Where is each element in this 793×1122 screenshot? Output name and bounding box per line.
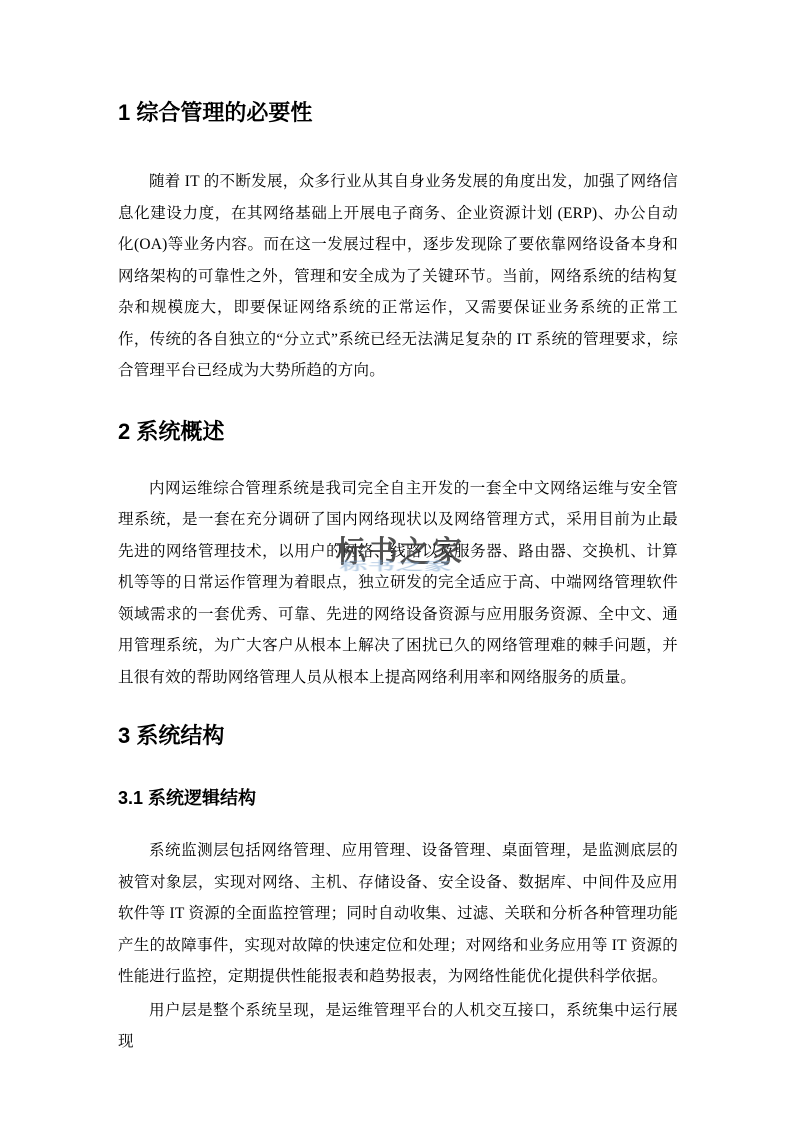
section-1-heading: 1 综合管理的必要性	[118, 96, 678, 130]
section-1-paragraph: 随着 IT 的不断发展，众多行业从其自身业务发展的角度出发，加强了网络信息化建设…	[118, 166, 678, 387]
section-3-heading: 3 系统结构	[118, 719, 678, 753]
section-2-heading: 2 系统概述	[118, 415, 678, 449]
document-canvas: { "document": { "sections": [ { "heading…	[0, 0, 793, 1122]
section-3-1-paragraph-1: 系统监测层包括网络管理、应用管理、设备管理、桌面管理，是监测底层的被管对象层，实…	[118, 835, 678, 993]
section-3-1-paragraph-2: 用户层是整个系统呈现，是运维管理平台的人机交互接口，系统集中运行展现	[118, 995, 678, 1058]
section-2-paragraph: 内网运维综合管理系统是我司完全自主开发的一套全中文网络运维与安全管理系统，是一套…	[118, 473, 678, 694]
section-3-1-subheading: 3.1 系统逻辑结构	[118, 785, 678, 811]
document-page: 1 综合管理的必要性 随着 IT 的不断发展，众多行业从其自身业务发展的角度出发…	[118, 96, 678, 1058]
